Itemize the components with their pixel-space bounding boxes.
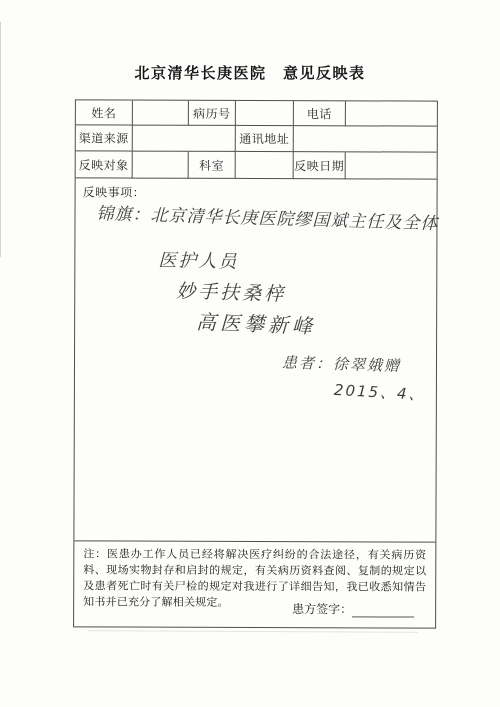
mailing-address-label: 通讯地址 <box>236 126 294 152</box>
handwriting-line-banner-dedication: 锦旗：北京清华长庚医院缪国斌主任及全体 <box>96 199 439 234</box>
feedback-target-label: 反映对象 <box>76 151 133 178</box>
department-value-cell <box>236 152 294 179</box>
feedback-date-label: 反映日期 <box>294 152 346 179</box>
patient-signature-row: 患方签字： <box>292 600 414 617</box>
handwriting-verse-line-2: 高医攀新峰 <box>196 306 317 340</box>
name-label: 姓名 <box>76 100 133 125</box>
signature-blank-line <box>352 604 414 617</box>
scanned-feedback-form-page: 北京清华长庚医院 意见反映表 姓名 病历号 电话 渠道来源 通讯地址 反映对象 … <box>0 0 500 707</box>
channel-source-value-cell <box>133 126 236 152</box>
feedback-items-cell: 反映事项： 锦旗：北京清华长庚医院缪国斌主任及全体 医护人员 妙手扶桑梓 高医攀… <box>74 178 436 542</box>
phone-value-cell <box>346 101 437 126</box>
feedback-target-value-cell <box>133 152 189 179</box>
handwriting-patient-signature: 患者：徐翠娥赠 <box>282 352 402 377</box>
handwriting-verse-line-1: 妙手扶桑梓 <box>176 276 287 306</box>
page-title: 北京清华长庚医院 意见反映表 <box>0 62 500 83</box>
handwriting-line-medical-staff: 医护人员 <box>158 246 239 274</box>
patient-signature-label: 患方签字： <box>292 602 352 616</box>
feedback-date-value-cell <box>346 152 437 179</box>
notice-cell: 注：医患办工作人员已经将解决医疗纠纷的合法途径，有关病历资料、现场实物封存和启封… <box>74 541 435 627</box>
feedback-items-label: 反映事项： <box>83 183 146 200</box>
handwriting-date: 2015、4、 <box>333 379 426 405</box>
scan-edge-artifact <box>0 22 1 257</box>
feedback-form-table: 姓名 病历号 电话 渠道来源 通讯地址 反映对象 科室 反映日期 反映事项： 锦… <box>73 99 438 628</box>
department-label: 科室 <box>189 152 236 179</box>
channel-source-label: 渠道来源 <box>76 125 133 151</box>
mailing-address-value-cell <box>294 126 437 152</box>
record-no-label: 病历号 <box>189 101 236 126</box>
record-no-value-cell <box>236 101 294 126</box>
name-value-cell <box>133 101 189 126</box>
phone-label: 电话 <box>294 101 346 126</box>
scan-shadow-artifact <box>88 630 418 633</box>
